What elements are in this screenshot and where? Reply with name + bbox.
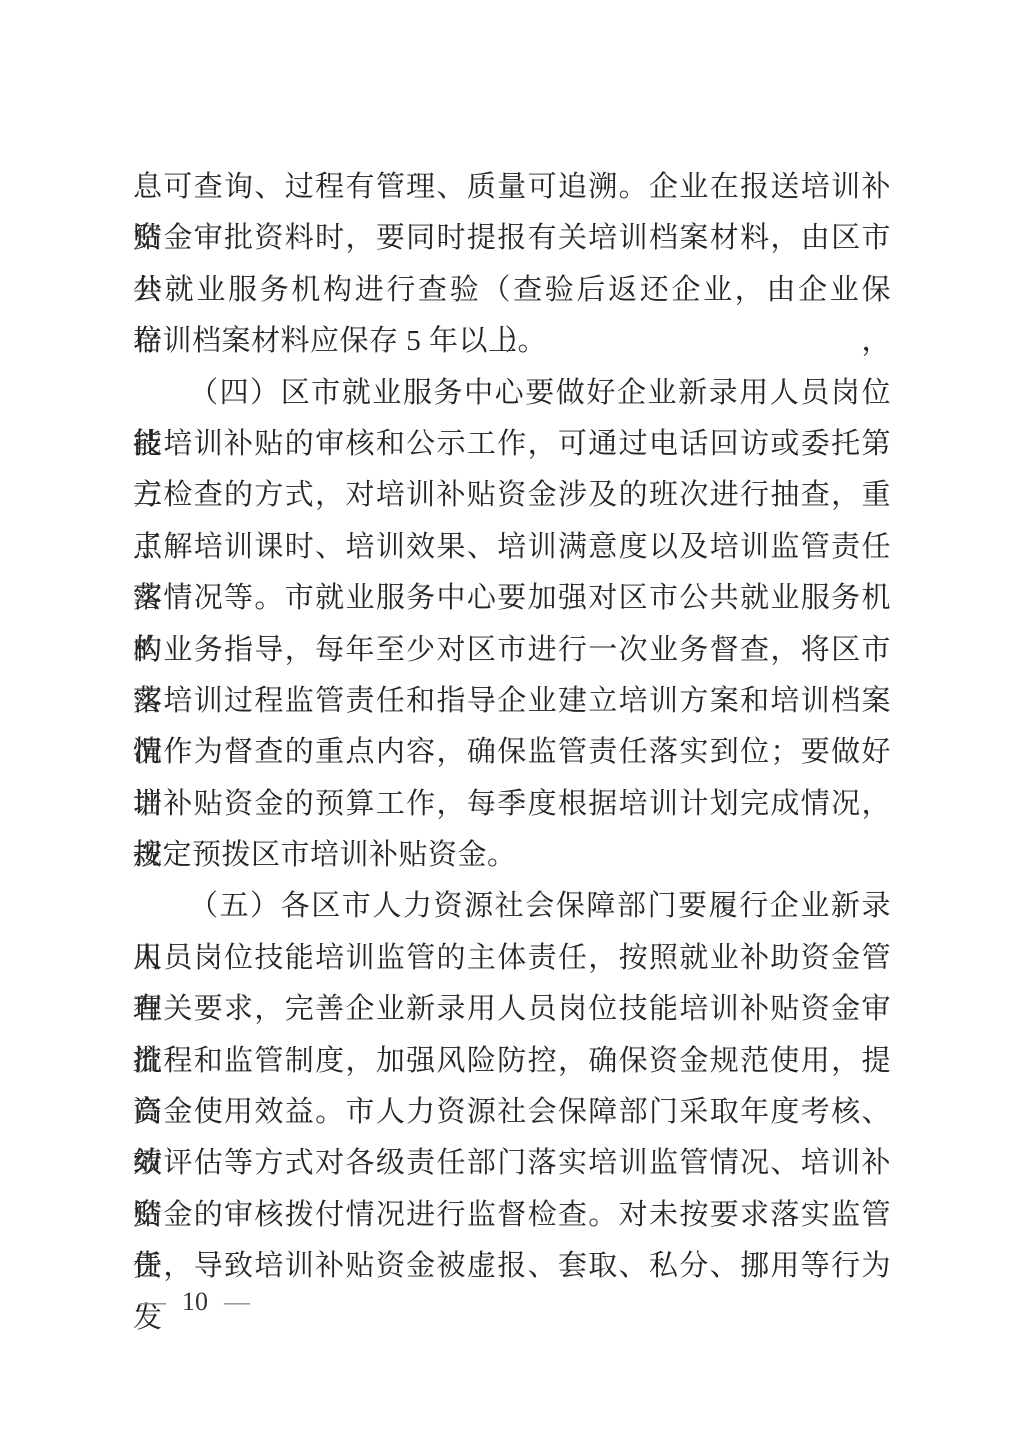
text-line: 况作为督查的重点内容，确保监管责任落实到位；要做好培: [133, 727, 891, 778]
text-line: 能培训补贴的审核和公示工作，可通过电话回访或委托第三: [133, 419, 891, 470]
text-line: 人员岗位技能培训监管的主体责任，按照就业补助资金管理: [133, 933, 891, 984]
document-body: 息可查询、过程有管理、质量可追溯。企业在报送培训补贴资金审批资料时，要同时提报有…: [133, 162, 891, 1293]
text-line: 效评估等方式对各级责任部门落实培训监管情况、培训补贴: [133, 1138, 891, 1189]
text-line: （五）各区市人力资源社会保障部门要履行企业新录用: [133, 881, 891, 932]
footer-dash-left: —: [140, 1287, 166, 1316]
text-line: 资金审批资料时，要同时提报有关培训档案材料，由区市公: [133, 213, 891, 264]
text-line: 息可查询、过程有管理、质量可追溯。企业在报送培训补贴: [133, 162, 891, 213]
text-line: （四）区市就业服务中心要做好企业新录用人员岗位技: [133, 368, 891, 419]
text-line: 共就业服务机构进行查验（查验后返还企业，由企业保存），: [133, 265, 891, 316]
page-number: 10: [182, 1287, 208, 1316]
text-line: 方检查的方式，对培训补贴资金涉及的班次进行抽查，重点: [133, 470, 891, 521]
text-line: 有关要求，完善企业新录用人员岗位技能培训补贴资金审批: [133, 984, 891, 1035]
document-page: 息可查询、过程有管理、质量可追溯。企业在报送培训补贴资金审批资料时，要同时提报有…: [0, 0, 1024, 1448]
text-line: 实情况等。市就业服务中心要加强对区市公共就业服务机构: [133, 573, 891, 624]
text-line: 训补贴资金的预算工作，每季度根据培训计划完成情况，按: [133, 779, 891, 830]
text-line: 规定预拨区市培训补贴资金。: [133, 830, 891, 881]
text-line: 资金的审核拨付情况进行监督检查。对未按要求落实监管责: [133, 1190, 891, 1241]
text-line: 实培训过程监管责任和指导企业建立培训方案和培训档案情: [133, 676, 891, 727]
page-footer: —10—: [140, 1284, 250, 1320]
text-line: 资金使用效益。市人力资源社会保障部门采取年度考核、绩: [133, 1087, 891, 1138]
text-line: 的业务指导，每年至少对区市进行一次业务督查，将区市落: [133, 625, 891, 676]
footer-dash-right: —: [224, 1287, 250, 1316]
text-line: 了解培训课时、培训效果、培训满意度以及培训监管责任落: [133, 522, 891, 573]
text-line: 流程和监管制度，加强风险防控，确保资金规范使用，提高: [133, 1036, 891, 1087]
